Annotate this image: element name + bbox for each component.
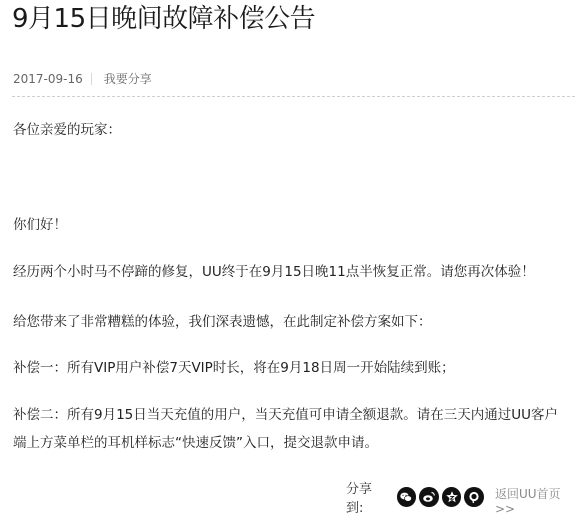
qq-icon[interactable] — [464, 487, 484, 507]
wechat-icon[interactable] — [397, 487, 417, 507]
paragraph-apology: 给您带来了非常糟糕的体验，我们深表遗憾，在此制定补偿方案如下： — [13, 308, 432, 336]
qzone-icon[interactable] — [442, 487, 462, 507]
weibo-icon[interactable] — [419, 487, 439, 507]
paragraph-restored: 经历两个小时马不停蹄的修复，UU终于在9月15日晚11点半恢复正常。请您再次体验… — [13, 258, 535, 286]
meta-separator — [91, 73, 92, 85]
article-meta: 2017-09-16 我要分享 — [13, 70, 152, 88]
greeting: 各位亲爱的玩家： — [13, 116, 121, 144]
back-home-link[interactable]: 返回UU首页>> — [495, 485, 579, 516]
share-link[interactable]: 我要分享 — [104, 70, 152, 88]
page-title: 9月15日晚间故障补偿公告 — [12, 2, 315, 36]
compensation-one: 补偿一：所有VIP用户补偿7天VIP时长，将在9月18日周一开始陆续到账； — [13, 354, 455, 382]
share-label: 分享到: — [346, 478, 389, 516]
divider — [12, 96, 575, 97]
share-footer: 分享到: 返回UU首页>> — [346, 486, 579, 508]
publish-date: 2017-09-16 — [13, 70, 83, 88]
compensation-two: 补偿二：所有9月15日当天充值的用户，当天充值可申请全额退款。请在三天内通过UU… — [13, 401, 561, 457]
hello-line: 你们好！ — [13, 211, 67, 239]
